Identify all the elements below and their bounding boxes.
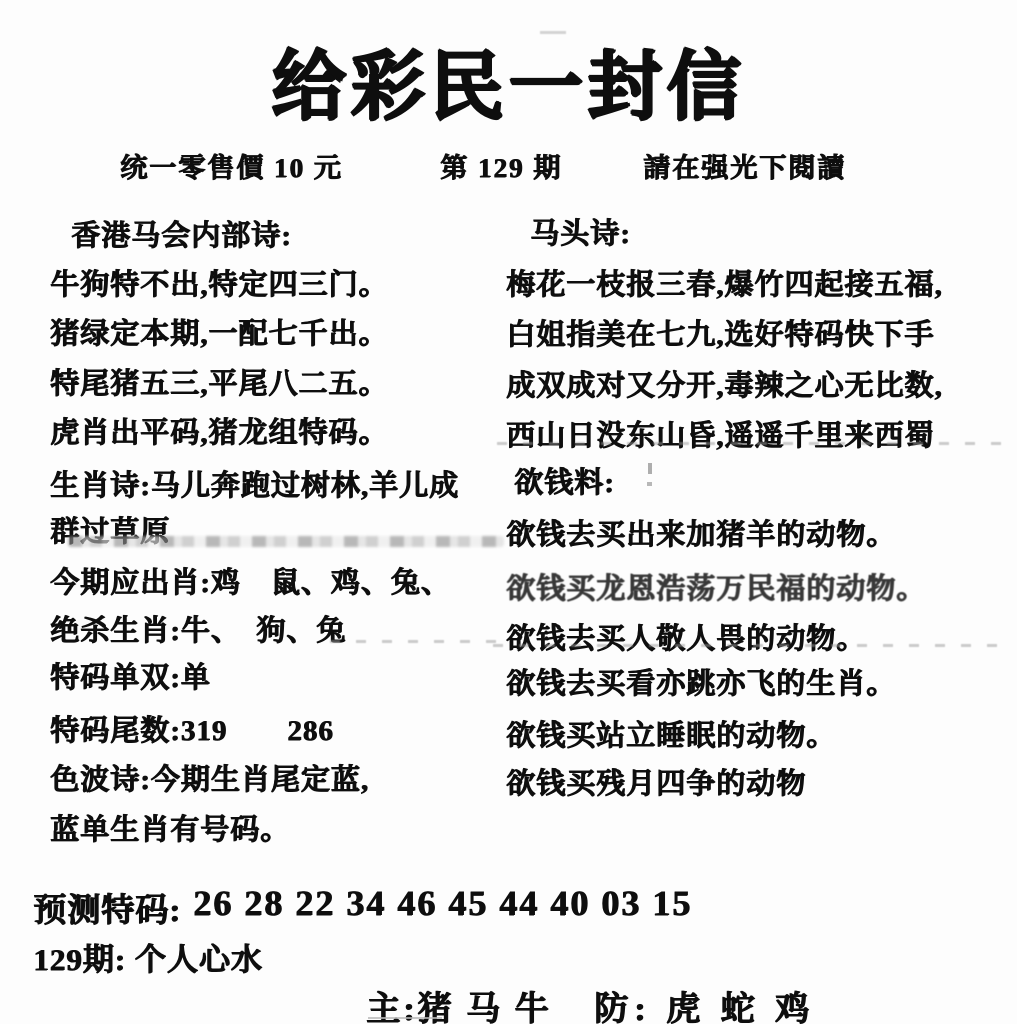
- erased-text-smudge: [68, 536, 504, 547]
- predicted-code-label: 预测特码:: [33, 884, 181, 931]
- money-hint-line: 欲钱去买出来加猪羊的动物。: [506, 512, 896, 553]
- money-hint-heading: 欲钱料:: [514, 460, 615, 501]
- horse-head-poem-line: 成双成对又分开,毒辣之心无比数,: [506, 363, 943, 404]
- reading-notice-label: 請在强光下閱讀: [643, 146, 846, 185]
- right-column-heading: 马头诗:: [530, 211, 631, 252]
- poem-line: 特尾猪五三,平尾八二五。: [50, 361, 388, 402]
- guard-zodiac-group: 防: 虎 蛇 鸡: [594, 981, 815, 1024]
- horse-head-poem-line: 白姐指美在七九,选好特码快下手: [506, 312, 934, 353]
- page-title: 给彩民一封信: [0, 27, 1017, 135]
- tail-number-line: 特码尾数:319 286: [50, 708, 334, 749]
- horse-head-poem-line: 西山日没东山昏,遥遥千里来西蜀: [506, 413, 934, 454]
- scan-tick-artifact: [648, 463, 652, 474]
- scan-tick-artifact: [647, 482, 652, 486]
- money-hint-line: 欲钱买残月四争的动物: [506, 761, 806, 802]
- zodiac-poem-line: 生肖诗:马儿奔跑过树林,羊儿成: [50, 463, 459, 504]
- poem-line: 牛狗特不出,特定四三门。: [50, 262, 388, 303]
- money-hint-line: 欲钱去买看亦跳亦飞的生肖。: [506, 661, 896, 702]
- retail-price-label: 统一零售價 10 元: [120, 146, 343, 185]
- odd-even-line: 特码单双:单: [50, 655, 211, 696]
- scan-dots-artifact: [493, 644, 1013, 647]
- scan-dots-artifact: [497, 442, 1011, 445]
- guard-label: 防:: [594, 991, 651, 1024]
- money-hint-line: 欲钱去买人敬人畏的动物。: [506, 616, 866, 657]
- scanned-letter-page: 给彩民一封信 统一零售價 10 元 第 129 期 請在强光下閱讀 香港马会内部…: [0, 0, 1017, 1024]
- poem-line: 猪绿定本期,一配七千出。: [50, 311, 388, 352]
- left-column-heading: 香港马会内部诗:: [71, 213, 292, 254]
- scan-dots-artifact: [330, 640, 506, 643]
- issue-number-label: 第 129 期: [440, 146, 562, 185]
- horse-head-poem-line: 梅花一枝报三春,爆竹四起接五福,: [506, 262, 943, 303]
- expected-zodiac-line: 今期应出肖:鸡 鼠、鸡、兔、: [50, 560, 451, 601]
- main-values: 猪 马 牛: [417, 991, 551, 1024]
- issue-personal-pick-line: 129期: 个人心水: [33, 934, 263, 979]
- predicted-code-numbers: 26 28 22 34 46 45 44 40 03 15: [193, 882, 692, 924]
- color-wave-poem-line: 蓝单生肖有号码。: [50, 807, 290, 848]
- poem-line: 虎肖出平码,猪龙组特码。: [50, 410, 388, 451]
- color-wave-poem-line: 色波诗:今期生肖尾定蓝,: [50, 757, 369, 798]
- killed-zodiac-line: 绝杀生肖:牛、 狗、兔: [50, 608, 346, 649]
- main-label-underline: [368, 1017, 442, 1019]
- main-label: 主:: [366, 991, 417, 1024]
- guard-values: 虎 蛇 鸡: [666, 991, 815, 1024]
- money-hint-line-faded: 欲钱买龙恩浩荡万民福的动物。: [506, 566, 926, 607]
- money-hint-line: 欲钱买站立睡眠的动物。: [506, 713, 836, 754]
